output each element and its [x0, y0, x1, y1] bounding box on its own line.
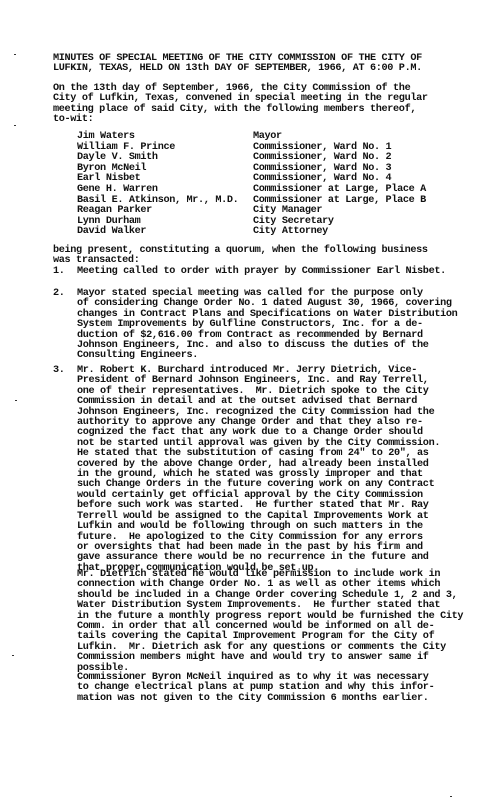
mcneil-paragraph: Commissioner Byron McNeil inquired as to…	[77, 673, 434, 704]
agenda-item-2: 2. Mayor stated special meeting was call…	[53, 289, 457, 362]
member-role: Mayor	[253, 132, 282, 143]
item-number: 3.	[53, 366, 77, 574]
member-role: City Attorney	[253, 227, 328, 238]
roster-row: David WalkerCity Attorney	[77, 227, 426, 238]
roster-row: Gene H. WarrenCommissioner at Large, Pla…	[77, 185, 426, 196]
agenda-item-1: 1. Meeting called to order with prayer b…	[53, 267, 446, 277]
scan-artifact	[14, 125, 16, 126]
scan-artifact	[15, 400, 17, 401]
item-number: 2.	[53, 289, 77, 362]
roster-row: Jim WatersMayor	[77, 132, 426, 143]
item-line: Meeting called to order with prayer by C…	[77, 267, 446, 277]
scan-artifact	[14, 54, 16, 55]
member-role: Commissioner at Large, Place A	[253, 185, 426, 196]
quorum-statement: being present, constituting a quorum, wh…	[53, 246, 428, 267]
paragraph-line: mation was not given to the City Commiss…	[77, 694, 434, 704]
scan-artifact	[12, 655, 14, 656]
item-text: Meeting called to order with prayer by C…	[77, 267, 446, 277]
intro-paragraph: On the 13th day of September, 1966, the …	[53, 84, 428, 126]
paragraph-line: Commission members might have and would …	[77, 653, 463, 663]
scan-artifact	[450, 796, 452, 797]
agenda-item-3: 3. Mr. Robert K. Burchard introduced Mr.…	[53, 366, 440, 574]
member-name: Gene H. Warren	[77, 185, 253, 196]
intro-line: meeting place of said City, with the fol…	[53, 105, 428, 115]
title-line: LUFKIN, TEXAS, HELD ON 13th DAY OF SEPTE…	[53, 64, 422, 74]
intro-line: to-wit:	[53, 115, 428, 125]
item-text: Mayor stated special meeting was called …	[77, 289, 457, 362]
document-page: MINUTES OF SPECIAL MEETING OF THE CITY C…	[0, 0, 480, 800]
dietrich-paragraph: Mr. Dietrich stated he would like permis…	[77, 570, 463, 674]
item-line: Consulting Engineers.	[77, 351, 457, 361]
item-number: 1.	[53, 267, 77, 277]
member-name: Jim Waters	[77, 132, 253, 143]
attendance-roster: Jim WatersMayor William F. PrinceCommiss…	[77, 132, 426, 238]
minutes-title: MINUTES OF SPECIAL MEETING OF THE CITY C…	[53, 54, 422, 75]
item-line: Lufkin and would be following through on…	[77, 522, 440, 532]
member-name: David Walker	[77, 227, 253, 238]
item-text: Mr. Robert K. Burchard introduced Mr. Je…	[77, 366, 440, 574]
